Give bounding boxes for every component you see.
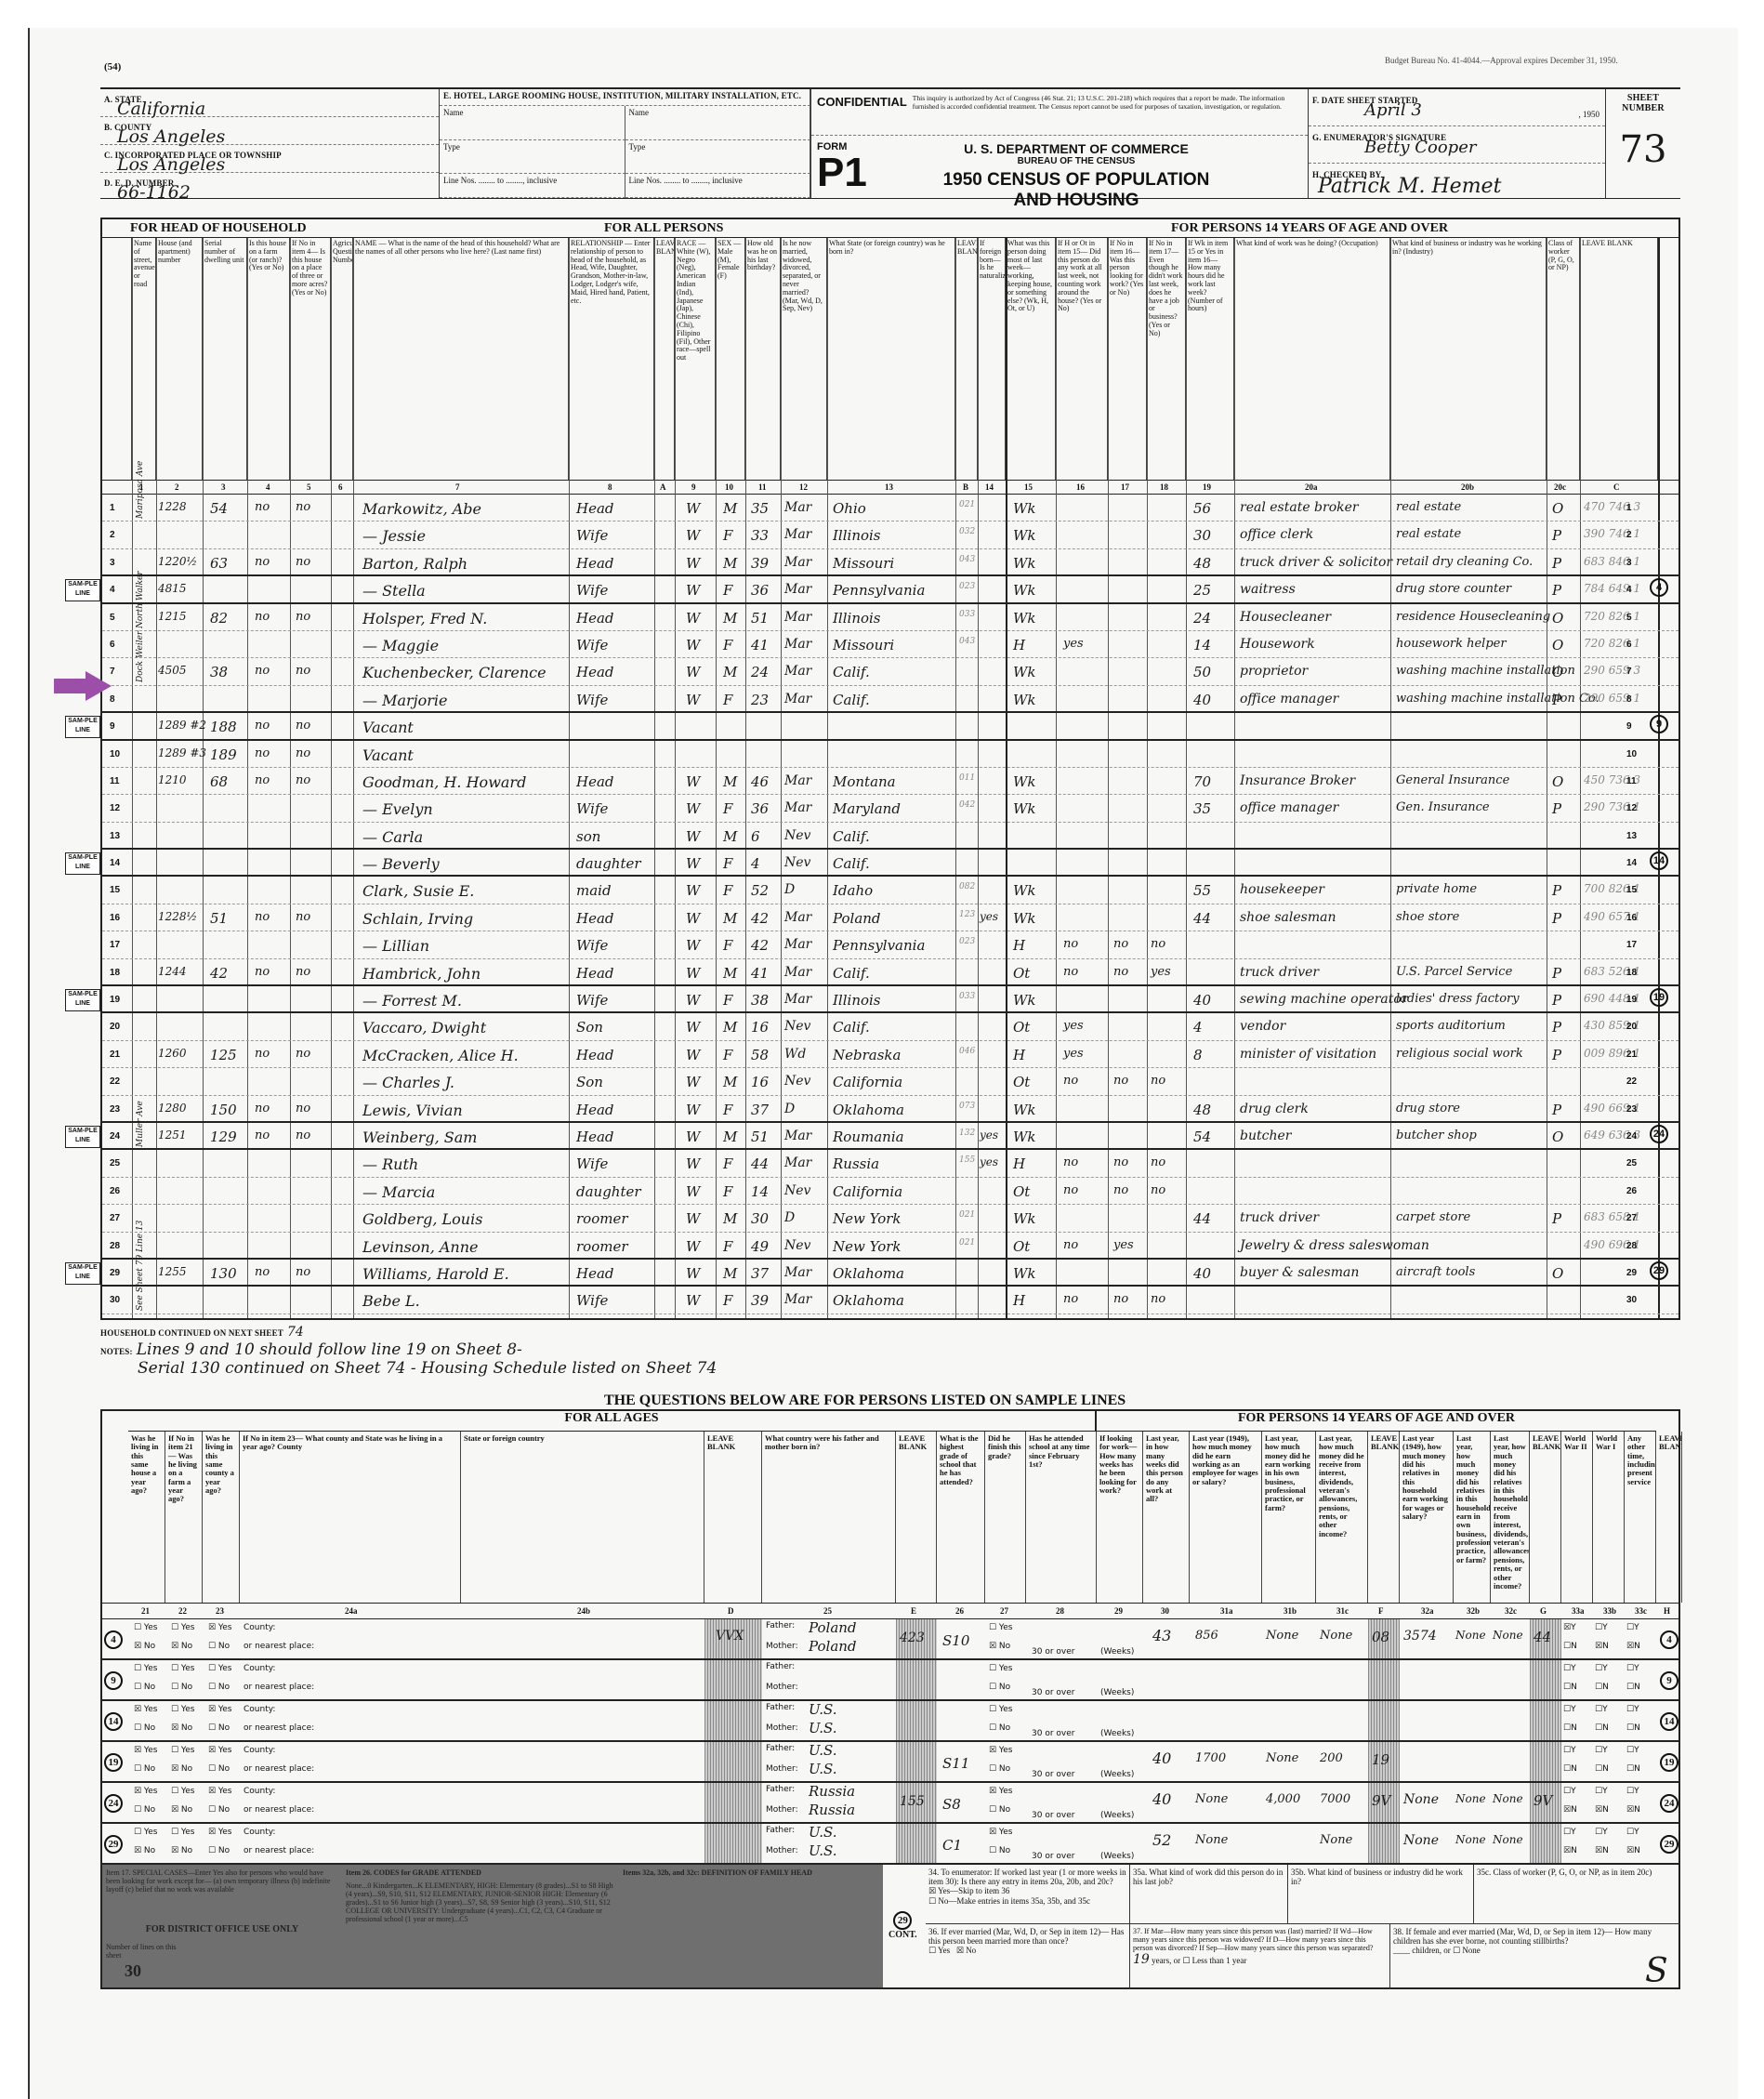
q36-no-label: No — [966, 1946, 976, 1955]
relatives-business: None — [1455, 1833, 1486, 1846]
line-number-right: 12 — [1626, 803, 1637, 813]
father-label: Father: — [766, 1785, 795, 1794]
ww2-yes-checkbox[interactable]: ☐Y — [1563, 1705, 1576, 1714]
q37-value: 19 — [1133, 1952, 1150, 1967]
relationship: daughter — [576, 855, 641, 872]
sample-col-H-header: LEAVE BLANK — [1656, 1432, 1682, 1603]
relationship: maid — [576, 882, 612, 899]
section-all-persons: FOR ALL PERSONS — [604, 221, 723, 236]
col-num-7: 7 — [455, 482, 460, 492]
person-name: Markowitz, Abe — [362, 500, 481, 518]
ww2-no-checkbox[interactable]: ☒N — [1563, 1846, 1577, 1855]
person-name: McCracken, Alice H. — [362, 1047, 519, 1064]
q23-yes-checkbox[interactable]: ☐ Yes — [208, 1664, 231, 1673]
birthplace: Pennsylvania — [833, 937, 925, 954]
looking-for-work: no — [1113, 1155, 1128, 1169]
mother-label: Mother: — [766, 1846, 798, 1855]
q23-yes-checkbox[interactable]: ☒ Yes — [208, 1705, 231, 1714]
q23-no-checkbox[interactable]: ☐ No — [208, 1805, 230, 1815]
serial-number: 68 — [210, 773, 228, 790]
hours-worked: 56 — [1193, 500, 1211, 517]
q22-no-checkbox[interactable]: ☒ No — [171, 1846, 192, 1855]
q22-yes-checkbox[interactable]: ☐ Yes — [171, 1664, 194, 1673]
table-row: 161228½51nonoSchlain, IrvingHeadWM42MarP… — [102, 904, 1678, 931]
marital-status: D — [784, 882, 795, 897]
hours-worked: 48 — [1193, 1102, 1211, 1118]
sample-line-circle: 24 — [1650, 1125, 1668, 1143]
q37-less-checkbox[interactable]: ☐ — [1182, 1957, 1190, 1966]
q21-no-checkbox[interactable]: ☒ No — [134, 1846, 155, 1855]
wages-1949: 1700 — [1195, 1751, 1226, 1765]
q22-no-checkbox[interactable]: ☒ No — [171, 1764, 192, 1774]
nearest-place-label: or nearest place: — [244, 1805, 314, 1815]
q38-none-checkbox[interactable]: ☐ — [1453, 1947, 1460, 1956]
line-number-right: 13 — [1626, 831, 1637, 841]
q22-yes-checkbox[interactable]: ☐ Yes — [171, 1705, 194, 1714]
table-row: 25— RuthWifeWF44MarRussia155yesHnonono25 — [102, 1150, 1678, 1177]
ww2-no-checkbox[interactable]: ☒N — [1563, 1805, 1577, 1815]
age: 16 — [751, 1074, 769, 1090]
col-20c-header: Class of worker (P, G, O, or NP) — [1547, 238, 1580, 480]
ww1-yes-checkbox[interactable]: ☐Y — [1595, 1746, 1608, 1755]
sample-col-G-header: LEAVE BLANK — [1530, 1432, 1561, 1603]
person-name: — Beverly — [362, 855, 440, 873]
q37-less-label: Less than 1 year — [1192, 1956, 1247, 1965]
occupation: truck driver — [1240, 965, 1319, 980]
other-no-checkbox[interactable]: ☐N — [1626, 1723, 1640, 1733]
note-2: Serial 130 continued on Sheet 74 - Housi… — [138, 1359, 717, 1378]
col-15-header: What was this person doing most of last … — [1006, 238, 1056, 480]
other-yes-checkbox[interactable]: ☐Y — [1626, 1787, 1639, 1796]
mother-birthplace: Poland — [809, 1638, 857, 1655]
nearest-place-label: or nearest place: — [244, 1764, 314, 1774]
line-number: 13 — [110, 831, 120, 841]
col-num-14: 14 — [985, 482, 994, 492]
ww1-yes-checkbox[interactable]: ☐Y — [1595, 1828, 1608, 1837]
mother-label: Mother: — [766, 1642, 798, 1651]
code-b: 155 — [959, 1155, 975, 1165]
birthplace: Illinois — [833, 992, 881, 1009]
relationship: Wife — [576, 937, 608, 954]
table-row: 18124442nonoHambrick, JohnHeadWM41MarCal… — [102, 959, 1678, 986]
line-number: 5 — [110, 613, 115, 623]
sample-col-31b-header: Last year, how much money did he earn wo… — [1262, 1432, 1316, 1603]
acres-answer: no — [296, 500, 310, 514]
ww1-no-checkbox[interactable]: ☒N — [1595, 1846, 1609, 1855]
line-number-right: 25 — [1626, 1158, 1637, 1168]
line-number: 21 — [110, 1049, 120, 1060]
q22-no-checkbox[interactable]: ☒ No — [171, 1805, 192, 1815]
street-cell: See Sheet 79 Line 13 — [136, 1221, 145, 1311]
person-name: Vaccaro, Dwight — [362, 1019, 486, 1036]
marital-status: Nev — [784, 855, 810, 870]
ww2-no-checkbox[interactable]: ☐N — [1563, 1723, 1577, 1733]
worked-last-week: no — [1063, 1238, 1078, 1252]
q23-yes-checkbox[interactable]: ☒ Yes — [208, 1623, 231, 1632]
finished-yes-checkbox[interactable]: ☐ Yes — [989, 1623, 1012, 1632]
q23-yes-checkbox[interactable]: ☒ Yes — [208, 1746, 231, 1755]
birthplace: Roumania — [833, 1129, 904, 1145]
worked-last-week: yes — [1063, 1019, 1084, 1033]
activity: Wk — [1013, 1265, 1036, 1282]
race: W — [686, 1210, 700, 1227]
code-b: 021 — [959, 500, 975, 509]
line-number-right: 20 — [1626, 1022, 1637, 1032]
q22-yes-checkbox[interactable]: ☐ Yes — [171, 1623, 194, 1632]
ww2-no-checkbox[interactable]: ☐N — [1563, 1642, 1577, 1651]
birthplace: Oklahoma — [833, 1265, 904, 1282]
industry: washing machine installation Co. — [1396, 692, 1599, 706]
other-no-checkbox[interactable]: ☐N — [1626, 1683, 1640, 1692]
col-7-header: NAME — What is the name of the head of t… — [353, 238, 569, 480]
finished-no-checkbox[interactable]: ☒ No — [989, 1642, 1010, 1651]
q21-yes-checkbox[interactable]: ☒ Yes — [134, 1705, 157, 1714]
person-name: — Marjorie — [362, 692, 447, 709]
sample-col-32a-header: Last year (1949), how much money did his… — [1400, 1432, 1454, 1603]
farm-answer: no — [255, 500, 270, 514]
notes-block: HOUSEHOLD CONTINUED ON NEXT SHEET 74 Not… — [100, 1324, 1309, 1378]
activity: H — [1013, 1047, 1025, 1063]
q22-no-checkbox[interactable]: ☒ No — [171, 1642, 192, 1651]
ww1-no-checkbox[interactable]: ☐N — [1595, 1723, 1609, 1733]
age: 51 — [751, 610, 769, 627]
sample-line-circle: 19 — [104, 1753, 123, 1772]
q36-no-checkbox[interactable]: ☒ — [956, 1947, 964, 1956]
race: W — [686, 1129, 700, 1145]
has-job: no — [1151, 1155, 1165, 1169]
sample-col-21-header: Was he living in this same house a year … — [128, 1432, 165, 1603]
other-no-checkbox[interactable]: ☒N — [1626, 1642, 1640, 1651]
industry: residence Housecleaning — [1396, 610, 1550, 624]
ww2-no-checkbox[interactable]: ☐N — [1563, 1683, 1577, 1692]
finished-yes-checkbox[interactable]: ☐ Yes — [989, 1664, 1012, 1673]
occupation: real estate broker — [1240, 500, 1359, 515]
serial-number: 189 — [210, 746, 237, 763]
code-b: 023 — [959, 582, 975, 591]
class-of-worker: P — [1552, 1047, 1561, 1063]
section-sample-over-14: FOR PERSONS 14 YEARS OF AGE AND OVER — [1097, 1411, 1656, 1432]
q21-yes-checkbox[interactable]: ☐ Yes — [134, 1664, 157, 1673]
form-header: a. STATECalifornia b. COUNTYLos Angeles … — [100, 87, 1680, 199]
q23-yes-checkbox[interactable]: ☒ Yes — [208, 1787, 231, 1796]
sample-col-33a-header: World War II — [1561, 1432, 1593, 1603]
finished-no-checkbox[interactable]: ☐ No — [989, 1846, 1010, 1855]
thirty-or-over-label: 30 or over — [1032, 1729, 1074, 1738]
q23-no-checkbox[interactable]: ☐ No — [208, 1846, 230, 1855]
finished-no-checkbox[interactable]: ☐ No — [989, 1805, 1010, 1815]
q23-yes-checkbox[interactable]: ☒ Yes — [208, 1828, 231, 1837]
ww2-yes-checkbox[interactable]: ☒Y — [1563, 1623, 1576, 1632]
line-number: 16 — [110, 913, 120, 923]
ww1-no-checkbox[interactable]: ☐N — [1595, 1683, 1609, 1692]
line-number: 26 — [110, 1186, 120, 1196]
other-yes-checkbox[interactable]: ☐Y — [1626, 1828, 1639, 1837]
population-table: FOR HEAD OF HOUSEHOLD FOR ALL PERSONS FO… — [100, 218, 1680, 1320]
occupation: office manager — [1240, 692, 1338, 706]
age: 6 — [751, 828, 760, 845]
hours-worked: 54 — [1193, 1129, 1211, 1145]
table-row: 27Goldberg, LouisroomerWM30DNew York021W… — [102, 1205, 1678, 1232]
person-name: — Ruth — [362, 1155, 418, 1173]
relationship: Head — [576, 1129, 614, 1145]
relationship: Wife — [576, 1155, 608, 1172]
occupation: minister of visitation — [1240, 1047, 1376, 1062]
race: W — [686, 500, 700, 517]
house-number: 1280 — [158, 1102, 187, 1115]
q34-no-checkbox[interactable]: ☐ — [928, 1897, 936, 1907]
sex: F — [723, 800, 732, 817]
house-number: 1289 #2 — [158, 719, 206, 732]
relationship: Head — [576, 555, 614, 572]
other-yes-checkbox[interactable]: ☐Y — [1626, 1623, 1639, 1632]
occupation: drug clerk — [1240, 1102, 1309, 1116]
ww2-yes-checkbox[interactable]: ☐Y — [1563, 1787, 1576, 1796]
activity: Wk — [1013, 500, 1036, 517]
occupation: sewing machine operator — [1240, 992, 1408, 1007]
q36-yes-label: Yes — [938, 1946, 950, 1955]
relationship: Son — [576, 1019, 603, 1036]
q22-yes-checkbox[interactable]: ☐ Yes — [171, 1828, 194, 1837]
industry: real estate — [1396, 500, 1461, 514]
sex: F — [723, 1047, 732, 1063]
ask-questions-badge: 4 — [1650, 578, 1685, 601]
finished-no-checkbox[interactable]: ☐ No — [989, 1764, 1010, 1774]
sex: M — [723, 664, 737, 680]
q23-no-checkbox[interactable]: ☐ No — [208, 1642, 230, 1651]
finished-yes-checkbox[interactable]: ☒ Yes — [989, 1787, 1012, 1796]
weeks-label: (Weeks) — [1100, 1647, 1134, 1657]
ww1-no-checkbox[interactable]: ☒N — [1595, 1805, 1609, 1815]
code-g: 44 — [1534, 1629, 1551, 1645]
other-no-checkbox[interactable]: ☒N — [1626, 1846, 1640, 1855]
finished-no-checkbox[interactable]: ☐ No — [989, 1723, 1010, 1733]
line-number: 23 — [110, 1104, 120, 1115]
sample-col-num: 31b — [1284, 1606, 1297, 1616]
sex: F — [723, 1238, 732, 1255]
code-b: 021 — [959, 1210, 975, 1220]
line-number: 9 — [110, 721, 115, 732]
person-name: — Forrest M. — [362, 992, 462, 1010]
relationship: Head — [576, 610, 614, 627]
q21-yes-checkbox[interactable]: ☒ Yes — [134, 1787, 157, 1796]
line-number-right: 8 — [1626, 694, 1632, 705]
table-row: 24Muller Ave1251129nonoWeinberg, SamHead… — [102, 1123, 1678, 1150]
relatives-other: None — [1493, 1629, 1523, 1642]
father-label: Father: — [766, 1744, 795, 1753]
q21-no-checkbox[interactable]: ☒ No — [134, 1642, 155, 1651]
q22-yes-checkbox[interactable]: ☐ Yes — [171, 1787, 194, 1796]
ww2-yes-checkbox[interactable]: ☐Y — [1563, 1746, 1576, 1755]
ww1-yes-checkbox[interactable]: ☐Y — [1595, 1787, 1608, 1796]
table-row: 26— MarciadaughterWF14NevCaliforniaOtnon… — [102, 1178, 1678, 1205]
naturalized: yes — [980, 1155, 998, 1168]
person-name: Lewis, Vivian — [362, 1102, 463, 1119]
sample-col-num: 28 — [1056, 1606, 1064, 1616]
ww1-yes-checkbox[interactable]: ☐Y — [1595, 1623, 1608, 1632]
table-row: 14— BeverlydaughterWF4NevCalif.14SAM-PLE… — [102, 850, 1678, 877]
q34-yes-checkbox[interactable]: ☒ — [928, 1887, 936, 1896]
race: W — [686, 664, 700, 680]
serial-number: 63 — [210, 555, 228, 572]
industry: housework helper — [1396, 637, 1507, 651]
other-no-checkbox[interactable]: ☐N — [1626, 1764, 1640, 1774]
industry: washing machine installation — [1396, 664, 1575, 678]
other-yes-checkbox[interactable]: ☐Y — [1626, 1664, 1639, 1673]
age: 44 — [751, 1155, 769, 1172]
table-row: 13— CarlasonWM6NevCalif.13 — [102, 823, 1678, 850]
q21-yes-checkbox[interactable]: ☒ Yes — [134, 1746, 157, 1755]
q22-yes-checkbox[interactable]: ☐ Yes — [171, 1746, 194, 1755]
annotation-arrow-icon — [54, 671, 112, 701]
q37-text: 37. If Mar—How many years since this per… — [1133, 1927, 1387, 1952]
q23-no-checkbox[interactable]: ☐ No — [208, 1683, 230, 1692]
birthplace: Calif. — [833, 855, 870, 872]
race: W — [686, 937, 700, 954]
birthplace: California — [833, 1074, 902, 1090]
class-of-worker: P — [1552, 882, 1561, 899]
q36-yes-checkbox[interactable]: ☐ — [928, 1947, 936, 1956]
sample-line-circle: 24 — [104, 1794, 123, 1813]
q38-text: 38. If female and ever married (Mar, Wd,… — [1393, 1927, 1678, 1946]
ww1-no-checkbox[interactable]: ☒N — [1595, 1642, 1609, 1651]
hours-worked: 44 — [1193, 910, 1211, 927]
section-head-of-household: FOR HEAD OF HOUSEHOLD — [130, 221, 307, 236]
activity: Wk — [1013, 610, 1036, 627]
col-num-12: 12 — [799, 482, 808, 492]
line-number-right: 10 — [1626, 749, 1637, 759]
house-number: 4505 — [158, 664, 187, 677]
q21-no-checkbox[interactable]: ☐ No — [134, 1805, 155, 1815]
sample-col-32b-header: Last year, how much money did his relati… — [1454, 1432, 1491, 1603]
thirty-or-over-label: 30 or over — [1032, 1647, 1074, 1657]
acres-answer: no — [296, 1265, 310, 1279]
q34-text: 34. To enumerator: If worked last year (… — [928, 1868, 1126, 1886]
mother-label: Mother: — [766, 1723, 798, 1733]
marital-status: Mar — [784, 910, 811, 925]
looking-for-work: yes — [1113, 1238, 1134, 1252]
ww1-no-checkbox[interactable]: ☐N — [1595, 1764, 1609, 1774]
sex: M — [723, 1019, 737, 1036]
sample-col-num: F — [1378, 1606, 1384, 1616]
bureau: BUREAU OF THE CENSUS — [923, 156, 1230, 166]
sheet-number-label: SHEET NUMBER — [1606, 89, 1680, 113]
weeks-worked: 40 — [1152, 1790, 1171, 1808]
sample-line-circle-right: 14 — [1660, 1712, 1678, 1731]
finished-no-checkbox[interactable]: ☐ No — [989, 1683, 1010, 1692]
activity: H — [1013, 637, 1025, 653]
sex: M — [723, 828, 737, 845]
birthplace: Maryland — [833, 800, 901, 817]
q21-yes-checkbox[interactable]: ☐ Yes — [134, 1623, 157, 1632]
q23-no-checkbox[interactable]: ☐ No — [208, 1764, 230, 1774]
ask-questions-badge: 24 — [1650, 1125, 1685, 1147]
sample-row: 29☐ Yes☒ No☐ Yes☒ No☒ Yes☐ NoCounty:or n… — [102, 1824, 1678, 1865]
farm-answer: no — [255, 910, 270, 924]
table-row: 19— Forrest M.WifeWF38MarIllinois033Wk40… — [102, 986, 1678, 1013]
code-e: 423 — [900, 1630, 925, 1645]
sample-title: THE QUESTIONS BELOW ARE FOR PERSONS LIST… — [604, 1393, 1126, 1409]
q21-no-checkbox[interactable]: ☐ No — [134, 1764, 155, 1774]
weeks-worked: 43 — [1152, 1627, 1171, 1644]
line-number: 14 — [110, 858, 120, 868]
ww2-no-checkbox[interactable]: ☐N — [1563, 1764, 1577, 1774]
code-g: 9V — [1534, 1792, 1552, 1809]
house-number: 1220½ — [158, 555, 197, 568]
sample-line-circle: 4 — [104, 1630, 123, 1649]
relationship: roomer — [576, 1210, 628, 1227]
line-number: 2 — [110, 530, 115, 540]
highest-grade: S8 — [942, 1796, 961, 1813]
q21-no-checkbox[interactable]: ☐ No — [134, 1723, 155, 1733]
code-f: 08 — [1372, 1629, 1389, 1645]
business-income-1949: 4,000 — [1266, 1792, 1300, 1806]
serial-number: 51 — [210, 910, 228, 927]
person-name: — Lillian — [362, 937, 429, 955]
birthplace: Calif. — [833, 1019, 870, 1036]
sample-col-29-header: If looking for work— How many weeks has … — [1097, 1432, 1143, 1603]
worked-last-week: yes — [1063, 637, 1084, 651]
hours-worked: 50 — [1193, 664, 1211, 680]
industry: U.S. Parcel Service — [1396, 965, 1512, 979]
ww1-yes-checkbox[interactable]: ☐Y — [1595, 1664, 1608, 1673]
race: W — [686, 773, 700, 790]
other-yes-checkbox[interactable]: ☐Y — [1626, 1705, 1639, 1714]
q21-yes-checkbox[interactable]: ☐ Yes — [134, 1828, 157, 1837]
section-all-ages: FOR ALL AGES — [128, 1411, 1097, 1432]
birthplace: New York — [833, 1210, 902, 1227]
continued-label: HOUSEHOLD CONTINUED ON NEXT SHEET — [100, 1328, 283, 1338]
q23-no-checkbox[interactable]: ☐ No — [208, 1723, 230, 1733]
hours-worked: 35 — [1193, 800, 1211, 817]
industry: butcher shop — [1396, 1129, 1477, 1142]
table-row: 211260125nonoMcCracken, Alice H.HeadWF58… — [102, 1041, 1678, 1068]
q22-no-checkbox[interactable]: ☒ No — [171, 1723, 192, 1733]
q22-no-checkbox[interactable]: ☐ No — [171, 1683, 192, 1692]
ww2-yes-checkbox[interactable]: ☐Y — [1563, 1828, 1576, 1837]
q21-no-checkbox[interactable]: ☐ No — [134, 1683, 155, 1692]
institution-type-1: Type — [440, 140, 625, 175]
person-name: Schlain, Irving — [362, 910, 473, 928]
relationship: Wife — [576, 527, 608, 544]
class-of-worker: P — [1552, 965, 1561, 982]
ww2-yes-checkbox[interactable]: ☐Y — [1563, 1664, 1576, 1673]
sample-col-num: 31c — [1336, 1606, 1349, 1616]
other-yes-checkbox[interactable]: ☐Y — [1626, 1746, 1639, 1755]
sample-col-23-header: Was he living in this same county a year… — [203, 1432, 240, 1603]
other-no-checkbox[interactable]: ☒N — [1626, 1805, 1640, 1815]
finished-yes-checkbox[interactable]: ☒ Yes — [989, 1746, 1012, 1755]
finished-yes-checkbox[interactable]: ☐ Yes — [989, 1705, 1012, 1714]
col-num-16: 16 — [1076, 482, 1085, 492]
sample-col-33c-header: Any other time, including present servic… — [1625, 1432, 1656, 1603]
line-number: 10 — [110, 749, 120, 759]
marital-status: Mar — [784, 555, 811, 570]
race: W — [686, 1238, 700, 1255]
other-income-1949: None — [1320, 1833, 1352, 1847]
col-num-13: 13 — [885, 482, 893, 492]
sample-lines-table: THE QUESTIONS BELOW ARE FOR PERSONS LIST… — [100, 1409, 1680, 1865]
institution-name-1: Name — [440, 106, 625, 140]
table-row: 2— JessieWifeWF33MarIllinois032Wk30offic… — [102, 521, 1678, 548]
marital-status: Mar — [784, 1129, 811, 1143]
code-b: 082 — [959, 882, 975, 891]
nearest-place-label: or nearest place: — [244, 1683, 314, 1692]
acres-answer: no — [296, 1102, 310, 1116]
ww1-yes-checkbox[interactable]: ☐Y — [1595, 1705, 1608, 1714]
finished-yes-checkbox[interactable]: ☒ Yes — [989, 1828, 1012, 1837]
activity: Wk — [1013, 664, 1036, 680]
birthplace: Montana — [833, 773, 896, 790]
